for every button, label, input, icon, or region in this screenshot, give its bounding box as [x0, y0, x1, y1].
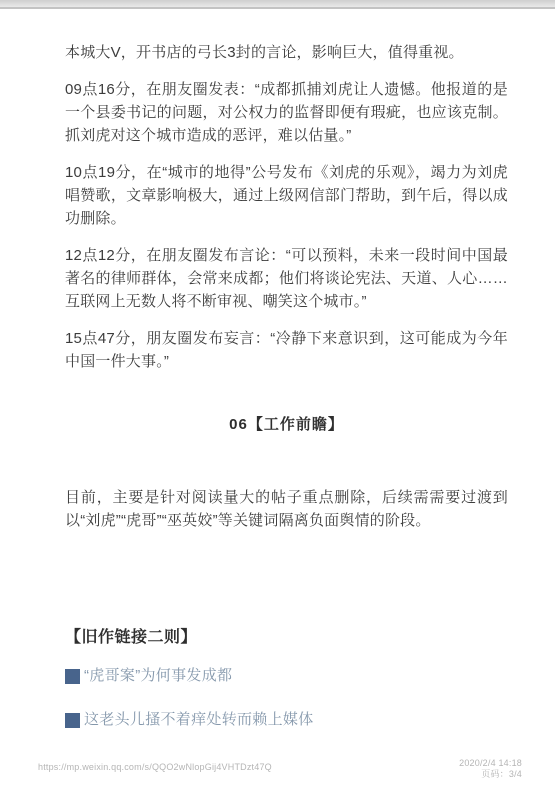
paragraph-0916: 09点16分，在朋友圈发表：“成都抓捕刘虎让人遗憾。他报道的是一个县委书记的问题…	[65, 78, 508, 147]
footer-page-number: 页码：3/4	[459, 769, 522, 780]
link-square-bullet-icon	[65, 669, 80, 684]
document-page: 本城大V，开书店的弓长3封的言论，影响巨大，值得重视。 09点16分，在朋友圈发…	[0, 0, 555, 800]
paragraph-1212: 12点12分，在朋友圈发布言论：“可以预料，未来一段时间中国最著名的律师群体，会…	[65, 244, 508, 313]
paragraph-outlook: 目前，主要是针对阅读量大的帖子重点删除，后续需需要过渡到以“刘虎”“虎哥”“巫英…	[65, 486, 508, 532]
paragraph-1547: 15点47分，朋友圈发布妄言：“冷静下来意识到，这可能成为今年中国一件大事。”	[65, 327, 508, 373]
old-article-link-2-label: 这老头儿搔不着痒处转而赖上媒体	[84, 710, 314, 730]
paragraph-intro: 本城大V，开书店的弓长3封的言论，影响巨大，值得重视。	[65, 41, 508, 64]
section-heading-work-outlook: 06【工作前瞻】	[65, 413, 508, 436]
old-article-link-1[interactable]: “虎哥案”为何事发成都	[65, 666, 508, 686]
footer-date-page: 2020/2/4 14:18 页码：3/4	[459, 758, 522, 780]
paragraph-1019: 10点19分，在“城市的地得”公号发布《刘虎的乐观》，竭力为刘虎唱赞歌，文章影响…	[65, 161, 508, 230]
links-section-heading: 【旧作链接二则】	[65, 626, 508, 649]
page-top-edge	[0, 0, 555, 9]
link-square-bullet-icon	[65, 713, 80, 728]
old-article-link-1-label: “虎哥案”为何事发成都	[84, 666, 232, 686]
footer-datetime: 2020/2/4 14:18	[459, 758, 522, 769]
document-content: 本城大V，开书店的弓长3封的言论，影响巨大，值得重视。 09点16分，在朋友圈发…	[0, 10, 555, 730]
old-article-link-2[interactable]: 这老头儿搔不着痒处转而赖上媒体	[65, 710, 508, 730]
footer-source-url: https://mp.weixin.qq.com/s/QQO2wNlopGij4…	[38, 762, 272, 772]
